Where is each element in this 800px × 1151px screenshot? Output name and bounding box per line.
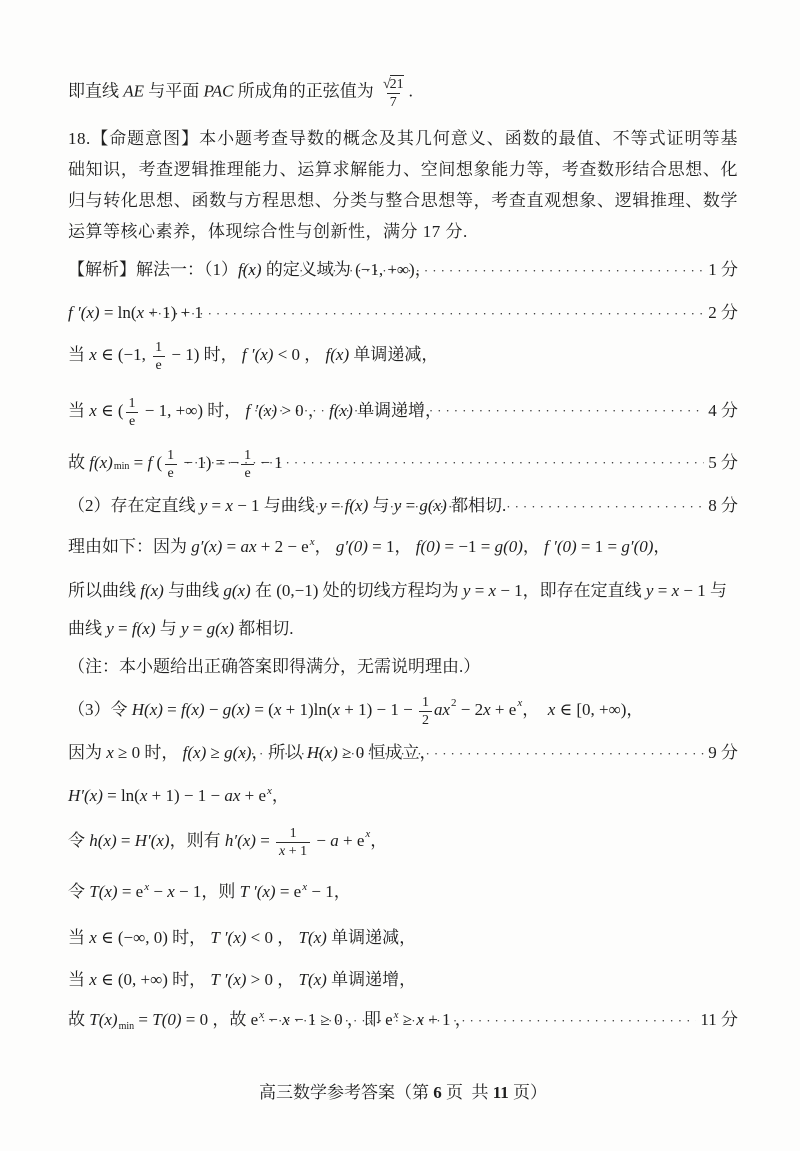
step-domain: 【解析】解法一：（1）f(x) 的定义域为 (−1, +∞)，·········… (68, 257, 738, 284)
score-badge: 11 分 (700, 1007, 738, 1033)
math-run: f(x) (140, 581, 164, 600)
math-run: AE (123, 81, 144, 100)
text-run: + 1 (285, 844, 307, 859)
text-run: 令 (68, 828, 89, 854)
text-run: min (114, 454, 130, 480)
math-run: f(x) (181, 697, 205, 723)
text-run: = (189, 619, 207, 638)
text-run: x (517, 690, 522, 716)
step-part2-note: （注：本小题给出正确答案即得满分，无需说明理由.） (68, 654, 738, 680)
math-run: x (167, 882, 175, 901)
math-run: T(0) (152, 1010, 181, 1029)
math-run: g(x) (223, 581, 250, 600)
text-run: = ln( (100, 303, 137, 322)
math-run: f(x) (132, 619, 156, 638)
text-run: 2 (422, 713, 429, 728)
text-run: + 1) − 1 − (340, 697, 417, 723)
math-run: x (548, 697, 556, 723)
math-run: ax (434, 697, 450, 723)
line-content: （3）令 H(x) = f(x) − g(x) = (x + 1)ln(x + … (68, 694, 643, 727)
sine-value-line: 即直线 AE 与平面 PAC 所成角的正弦值为 √217. (68, 76, 738, 109)
score-badge: 9 分 (708, 740, 738, 766)
text-run: ∈ (−1, (97, 342, 150, 368)
fraction: 12 (419, 695, 432, 728)
math-run: T(x) (89, 1010, 117, 1029)
text-run: = (114, 619, 132, 638)
math-run: T(x) (299, 970, 327, 989)
text-run: + e (491, 697, 517, 723)
math-run: T(x) (89, 882, 117, 901)
math-run: f ′(x) (68, 303, 100, 322)
line-content: 因为 x ≥ 0 时， f(x) ≥ g(x)，所以 H(x) ≥ 0 恒成立， (68, 740, 238, 766)
page-footer: 高三数学参考答案（第 6 页 共 11 页） (68, 1080, 738, 1106)
fraction: 1x + 1 (276, 826, 310, 859)
text-run: 单调递减， (327, 928, 416, 947)
score-badge: 4 分 (708, 398, 738, 424)
text-run: − (149, 882, 167, 901)
math-run: y (181, 619, 189, 638)
text-run: < 0 ， (273, 342, 325, 368)
text-run: 1 (167, 448, 174, 463)
math-run: g′(0) (336, 537, 368, 556)
text-run: ， (315, 537, 336, 556)
score-badge: 8 分 (708, 493, 738, 519)
text-run: 1 (290, 826, 297, 841)
fraction: 1e (241, 448, 254, 481)
text-run: ， (523, 537, 544, 556)
text-run: 当 (68, 398, 89, 424)
line-content: H′(x) = ln(x + 1) − 1 − ax + ex， (68, 783, 289, 811)
text-run: = (163, 697, 181, 723)
text-run: ， (522, 697, 548, 723)
text-run: 令 (68, 882, 89, 901)
math-run: f(x) (326, 342, 350, 368)
text-run: （注：本小题给出正确答案即得满分，无需说明理由.） (68, 657, 480, 676)
line-content: 理由如下：因为 g′(x) = ax + 2 − ex， g′(0) = 1， … (68, 534, 670, 562)
text-run: e (156, 358, 162, 373)
text-run: 1 (422, 695, 429, 710)
text-run: e (168, 466, 174, 481)
text-run: ∈ ( (97, 398, 124, 424)
dotted-leader: ········································… (253, 1008, 696, 1034)
math-run: f ′(0) (544, 537, 577, 556)
score-badge: 2 分 (708, 300, 738, 326)
text-run: 在 (0,−1) 处的切线方程均为 (251, 581, 463, 600)
dotted-leader: ········································… (186, 450, 705, 476)
text-run: x (144, 881, 149, 893)
math-run: x (333, 697, 341, 723)
text-run: 高三数学参考答案（第 (259, 1083, 433, 1102)
step-define-T: 令 T(x) = ex − x − 1，则 T ′(x) = ex − 1， (68, 879, 738, 907)
step-part2-conclusion: 曲线 y = f(x) 与 y = g(x) 都相切. (68, 616, 738, 642)
text-run: ，则有 (170, 828, 225, 854)
text-run: 都相切. (234, 619, 294, 638)
line-content: f ′(x) = ln(x + 1) + 1 (68, 300, 145, 326)
text-run: x (267, 785, 272, 797)
solution-body: 【解析】解法一：（1）f(x) 的定义域为 (−1, +∞)，·········… (68, 257, 738, 1036)
text-run: ( (152, 450, 162, 476)
text-run: 因为 (68, 743, 106, 762)
math-run: T ′(x) (210, 970, 246, 989)
text-run: − 1) 时， (167, 342, 242, 368)
fraction: 1e (126, 396, 139, 429)
score-badge: 5 分 (708, 450, 738, 476)
line-content: 所以曲线 f(x) 与曲线 g(x) 在 (0,−1) 处的切线方程均为 y =… (68, 578, 727, 604)
text-run: 单调递减， (349, 342, 438, 368)
step-define-h: 令 h(x) = H′(x)，则有 h′(x) = 1x + 1 − a + e… (68, 819, 738, 863)
text-run: < 0 ， (246, 928, 298, 947)
text-run: ∈ (0, +∞) 时， (97, 970, 211, 989)
text-run: 所以曲线 (68, 581, 140, 600)
math-run: x (274, 697, 282, 723)
math-run: h′(x) (225, 828, 256, 854)
text-run: ， (272, 786, 289, 805)
text-run: 当 (68, 342, 89, 368)
text-run: 1 (155, 340, 162, 355)
math-run: x (483, 697, 491, 723)
fraction: √217 (380, 77, 407, 110)
text-run: = (222, 537, 240, 556)
square-root: √21 (383, 77, 404, 92)
text-run: 2 (451, 690, 457, 716)
text-run: 与曲线 (164, 581, 224, 600)
question-intent-paragraph: 18.【命题意图】本小题考查导数的概念及其几何意义、函数的最值、不等式证明等基础… (68, 123, 738, 247)
text-run: = (129, 450, 147, 476)
text-run: − (312, 828, 330, 854)
text-run: 当 (68, 928, 89, 947)
math-run: g′(0) (621, 537, 653, 556)
text-run: − (205, 697, 223, 723)
math-run: x (137, 303, 145, 322)
step-minimum-value: 故 f(x)min = f (1e − 1) = −1e − 1 ·······… (68, 441, 738, 485)
text-run: = (470, 581, 488, 600)
text-run: = (117, 828, 135, 854)
math-run: f(0) (416, 537, 441, 556)
math-run: H′(x) (68, 786, 103, 805)
text-run: x (310, 536, 315, 548)
text-run: + e (240, 786, 266, 805)
text-run: + 1)ln( (281, 697, 332, 723)
sine-value-line: 即直线 AE 与平面 PAC 所成角的正弦值为 √217. (68, 76, 738, 109)
text-run: . (409, 81, 413, 100)
math-run: f(x) (183, 743, 207, 762)
math-run: PAC (204, 81, 234, 100)
step-part3-inequality: 因为 x ≥ 0 时， f(x) ≥ g(x)，所以 H(x) ≥ 0 恒成立，… (68, 740, 738, 767)
text-run: 【解析】解法一：（1） (68, 260, 238, 279)
dotted-leader: ········································… (149, 301, 704, 327)
math-run: g(x) (207, 619, 234, 638)
text-run: e (244, 466, 250, 481)
text-run: − 1, +∞) 时， (141, 398, 246, 424)
text-run: 曲线 (68, 619, 106, 638)
text-run: = ( (250, 697, 274, 723)
text-run: 与 (155, 619, 181, 638)
step-decreasing-interval: 当 x ∈ (−1, 1e − 1) 时， f ′(x) < 0 ， f(x) … (68, 333, 738, 377)
line-content: 曲线 y = f(x) 与 y = g(x) 都相切. (68, 616, 294, 642)
text-run: − 1 与 (679, 581, 727, 600)
text-run: 11 (493, 1083, 509, 1102)
math-run: T(x) (299, 928, 327, 947)
text-run: （2）存在定直线 (68, 496, 200, 515)
math-run: y (106, 619, 114, 638)
text-run: ≥ 0 时， (114, 743, 183, 762)
text-run: 7 (390, 95, 397, 110)
score-badge: 1 分 (708, 257, 738, 283)
text-run: 与平面 (144, 81, 204, 100)
text-run: e (129, 414, 135, 429)
step-derivative-f: f ′(x) = ln(x + 1) + 1 ·················… (68, 300, 738, 327)
line-content: 即直线 AE 与平面 PAC 所成角的正弦值为 √217. (68, 76, 413, 109)
text-run: ， (653, 537, 670, 556)
text-run: = (207, 496, 225, 515)
text-run: ∈ (−∞, 0) 时， (97, 928, 211, 947)
math-run: x (489, 581, 497, 600)
fraction: 1e (164, 448, 177, 481)
line-content: 令 T(x) = ex − x − 1，则 T ′(x) = ex − 1， (68, 879, 351, 907)
step-T-decreasing: 当 x ∈ (−∞, 0) 时， T ′(x) < 0 ， T(x) 单调递减， (68, 925, 738, 951)
text-run: 所成角的正弦值为 (233, 81, 378, 100)
dotted-leader: ········································… (242, 741, 704, 767)
line-content: （注：本小题给出正确答案即得满分，无需说明理由.） (68, 654, 480, 680)
dotted-leader: ········································… (241, 258, 705, 284)
text-run: = ln( (103, 786, 140, 805)
math-run: a (330, 828, 339, 854)
text-run: 故 (68, 450, 89, 476)
text-run: + 2 − e (256, 537, 308, 556)
text-run: + 1) − 1 − (147, 786, 224, 805)
text-run: − 2 (457, 697, 484, 723)
text-run: = 1 = (577, 537, 622, 556)
math-run: g(x) (223, 697, 250, 723)
step-T-increasing: 当 x ∈ (0, +∞) 时， T ′(x) > 0 ， T(x) 单调递增， (68, 967, 738, 993)
line-content: 【解析】解法一：（1）f(x) 的定义域为 (−1, +∞)， (68, 257, 237, 283)
text-run: − 1，则 (175, 882, 240, 901)
text-run: ≥ (206, 743, 224, 762)
math-run: x (672, 581, 680, 600)
step-increasing-interval: 当 x ∈ (1e − 1, +∞) 时， f ′(x) > 0 ， f(x) … (68, 389, 738, 433)
page-footer-slot: 高三数学参考答案（第 6 页 共 11 页） (68, 1080, 738, 1106)
text-run: ， (370, 828, 387, 854)
text-run: = 0 ，故 e (182, 1010, 259, 1029)
fraction: 1e (152, 340, 165, 373)
text-run: 单调递增， (327, 970, 416, 989)
text-run: x (365, 821, 370, 847)
step-part2-claim: （2）存在定直线 y = x − 1 与曲线 y = f(x) 与 y = g(… (68, 493, 738, 520)
step-part2-tangent-line: 所以曲线 f(x) 与曲线 g(x) 在 (0,−1) 处的切线方程均为 y =… (68, 578, 738, 604)
math-run: x (106, 743, 114, 762)
math-run: x (89, 398, 97, 424)
math-run: x (225, 496, 233, 515)
text-run: > 0 ， (246, 970, 298, 989)
math-run: T ′(x) (240, 882, 276, 901)
math-run: g(0) (495, 537, 523, 556)
text-run: 1 (244, 448, 251, 463)
text-run: = e (276, 882, 302, 901)
line-content: 令 h(x) = H′(x)，则有 h′(x) = 1x + 1 − a + e… (68, 825, 387, 858)
text-run: 即直线 (68, 81, 123, 100)
text-run: = −1 = (440, 537, 494, 556)
text-run: 6 (433, 1083, 442, 1102)
text-run: 当 (68, 970, 89, 989)
dotted-leader: ········································… (265, 494, 705, 520)
text-run: 1 (129, 396, 136, 411)
step-T-minimum: 故 T(x)min = T(0) = 0 ，故 ex − x − 1 ≥ 0 ，… (68, 1007, 738, 1036)
math-run: x (89, 928, 97, 947)
math-run: x (89, 342, 97, 368)
text-run: = (653, 581, 671, 600)
math-run: f(x) (89, 450, 113, 476)
math-run: x (89, 970, 97, 989)
text-run: 故 (68, 1010, 89, 1029)
line-content: 故 f(x)min = f (1e − 1) = −1e − 1 (68, 447, 182, 480)
text-run: min (119, 1021, 135, 1032)
text-run: x (394, 1009, 399, 1021)
math-run: H(x) (132, 697, 163, 723)
line-content: 高三数学参考答案（第 6 页 共 11 页） (259, 1080, 547, 1106)
text-run: − 1， (307, 882, 351, 901)
text-run: 理由如下：因为 (68, 537, 191, 556)
text-run: = (256, 828, 274, 854)
math-run: T ′(x) (210, 928, 246, 947)
math-run: f ′(x) (242, 342, 274, 368)
text-run: + e (339, 828, 365, 854)
line-content: 故 T(x)min = T(0) = 0 ，故 ex − x − 1 ≥ 0 ，… (68, 1007, 249, 1036)
line-content: 当 x ∈ (1e − 1, +∞) 时， f ′(x) > 0 ， f(x) … (68, 395, 242, 428)
document-page: 即直线 AE 与平面 PAC 所成角的正弦值为 √217. 18.【命题意图】本… (0, 0, 800, 1151)
text-run: ∈ [0, +∞)， (555, 697, 643, 723)
line-content: （2）存在定直线 y = x − 1 与曲线 y = f(x) 与 y = g(… (68, 493, 261, 519)
text-run: − 1，即存在定直线 (496, 581, 646, 600)
text-run: = 1， (368, 537, 416, 556)
math-run: ax (224, 786, 240, 805)
math-run: g′(x) (191, 537, 222, 556)
text-run: 页） (509, 1083, 547, 1102)
line-content: 当 x ∈ (−∞, 0) 时， T ′(x) < 0 ， T(x) 单调递减， (68, 925, 416, 951)
dotted-leader: ········································… (246, 398, 705, 424)
text-run: = e (118, 882, 144, 901)
step-part3-define-H: （3）令 H(x) = f(x) − g(x) = (x + 1)ln(x + … (68, 688, 738, 732)
text-run: x (259, 1009, 264, 1021)
line-content: 当 x ∈ (0, +∞) 时， T ′(x) > 0 ， T(x) 单调递增， (68, 967, 416, 993)
step-part2-reason: 理由如下：因为 g′(x) = ax + 2 − ex， g′(0) = 1， … (68, 534, 738, 562)
line-content: 当 x ∈ (−1, 1e − 1) 时， f ′(x) < 0 ， f(x) … (68, 339, 438, 372)
step-derivative-H: H′(x) = ln(x + 1) − 1 − ax + ex， (68, 783, 738, 811)
math-run: h(x) (89, 828, 116, 854)
text-run: = (134, 1010, 152, 1029)
text-run: 页 共 (442, 1083, 493, 1102)
text-run: x (302, 881, 307, 893)
text-run: （3）令 (68, 697, 132, 723)
math-run: ax (240, 537, 256, 556)
math-run: H′(x) (135, 828, 170, 854)
